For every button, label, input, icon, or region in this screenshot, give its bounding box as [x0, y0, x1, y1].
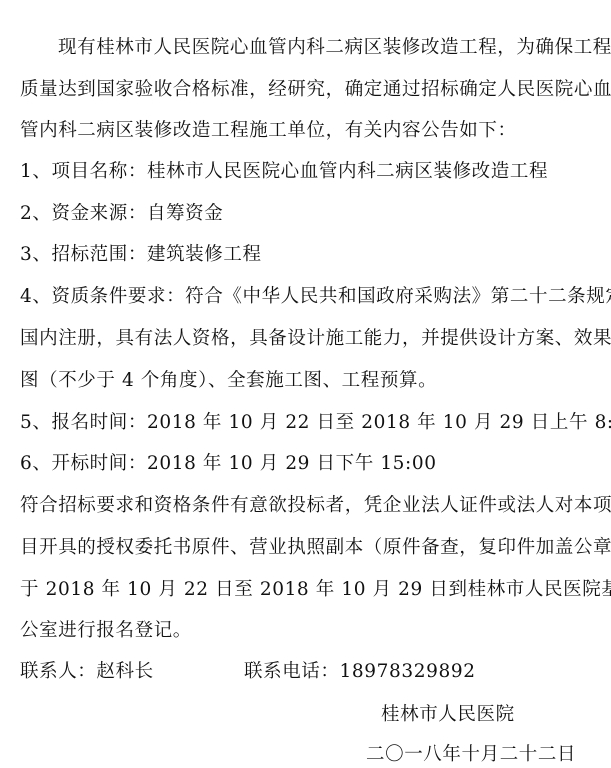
contact-person: 联系人：赵科长: [20, 660, 154, 684]
item-registration-time: 5、报名时间：2018 年 10 月 22 日至 2018 年 10 月 29 …: [20, 411, 611, 435]
registration-line-2: 目开具的授权委托书原件、营业执照副本（原件备查，复印件加盖公章）: [20, 536, 611, 560]
item-qualification-line-2: 国内注册，具有法人资格，具备设计施工能力，并提供设计方案、效果: [20, 327, 611, 351]
signature-organization: 桂林市人民医院: [381, 703, 515, 727]
item-funding-source: 2、资金来源：自筹资金: [20, 202, 223, 226]
item-tender-scope: 3、招标范围：建筑装修工程: [20, 243, 262, 267]
item-qualification-line-3: 图（不少于 4 个角度）、全套施工图、工程预算。: [20, 369, 437, 393]
item-qualification-line-1: 4、资质条件要求：符合《中华人民共和国政府采购法》第二十二条规定，: [20, 285, 611, 309]
registration-line-4: 公室进行报名登记。: [20, 619, 192, 643]
registration-line-3: 于 2018 年 10 月 22 日至 2018 年 10 月 29 日到桂林市…: [20, 578, 611, 602]
intro-line-2: 质量达到国家验收合格标准，经研究，确定通过招标确定人民医院心血: [20, 78, 611, 102]
tender-announcement-document: 现有桂林市人民医院心血管内科二病区装修改造工程，为确保工程 质量达到国家验收合格…: [0, 0, 611, 768]
item-bid-opening-time: 6、开标时间：2018 年 10 月 29 日下午 15:00: [20, 452, 437, 476]
signature-date: 二〇一八年十月二十二日: [366, 743, 576, 767]
intro-line-1: 现有桂林市人民医院心血管内科二病区装修改造工程，为确保工程: [58, 36, 611, 60]
registration-line-1: 符合招标要求和资格条件有意欲投标者，凭企业法人证件或法人对本项: [20, 494, 611, 518]
intro-line-3: 管内科二病区装修改造工程施工单位，有关内容公告如下：: [20, 119, 517, 143]
contact-phone: 联系电话：18978329892: [244, 660, 476, 684]
item-project-name: 1、项目名称：桂林市人民医院心血管内科二病区装修改造工程: [20, 160, 548, 184]
